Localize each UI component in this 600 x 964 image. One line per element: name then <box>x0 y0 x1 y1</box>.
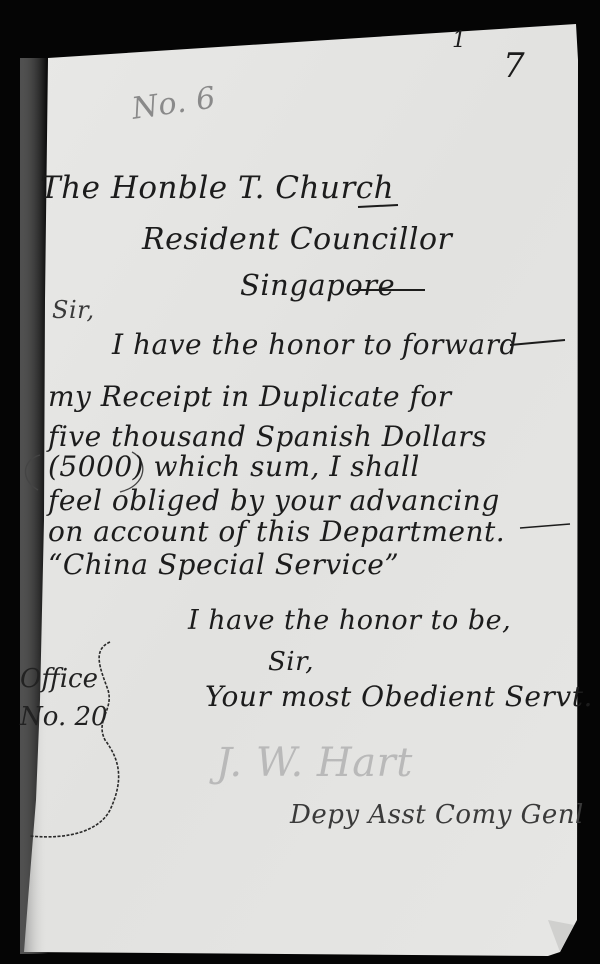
closing-line: I have the honor to be, <box>188 605 511 636</box>
signature: J. W. Hart <box>216 740 413 786</box>
addressee-location: Singapore <box>240 268 395 302</box>
body-line: five thousand Spanish Dollars <box>48 420 487 453</box>
margin-note: Office No. 20 <box>20 660 108 736</box>
folio-number: 7 <box>503 46 525 86</box>
salutation: Sir, <box>52 296 95 324</box>
closing-line: Sir, <box>268 647 314 677</box>
folio-mark: 1 <box>452 28 467 53</box>
addressee-title: Resident Councillor <box>142 222 452 257</box>
margin-note-line: No. 20 <box>20 698 108 736</box>
body-line: I have the honor to forward <box>112 328 518 361</box>
body-line: my Receipt in Duplicate for <box>48 380 452 413</box>
signer-title: Depy Asst Comy Genl <box>290 800 584 830</box>
closing-line: Your most Obedient Servt. <box>205 680 593 713</box>
body-line: (5000) which sum, I shall <box>48 450 420 483</box>
body-line: on account of this Department. <box>48 515 505 548</box>
addressee-name: The Honble T. Church <box>40 170 394 206</box>
body-line: “China Special Service” <box>48 548 399 581</box>
margin-note-line: Office <box>20 660 108 698</box>
body-line: feel obliged by your advancing <box>48 484 500 517</box>
